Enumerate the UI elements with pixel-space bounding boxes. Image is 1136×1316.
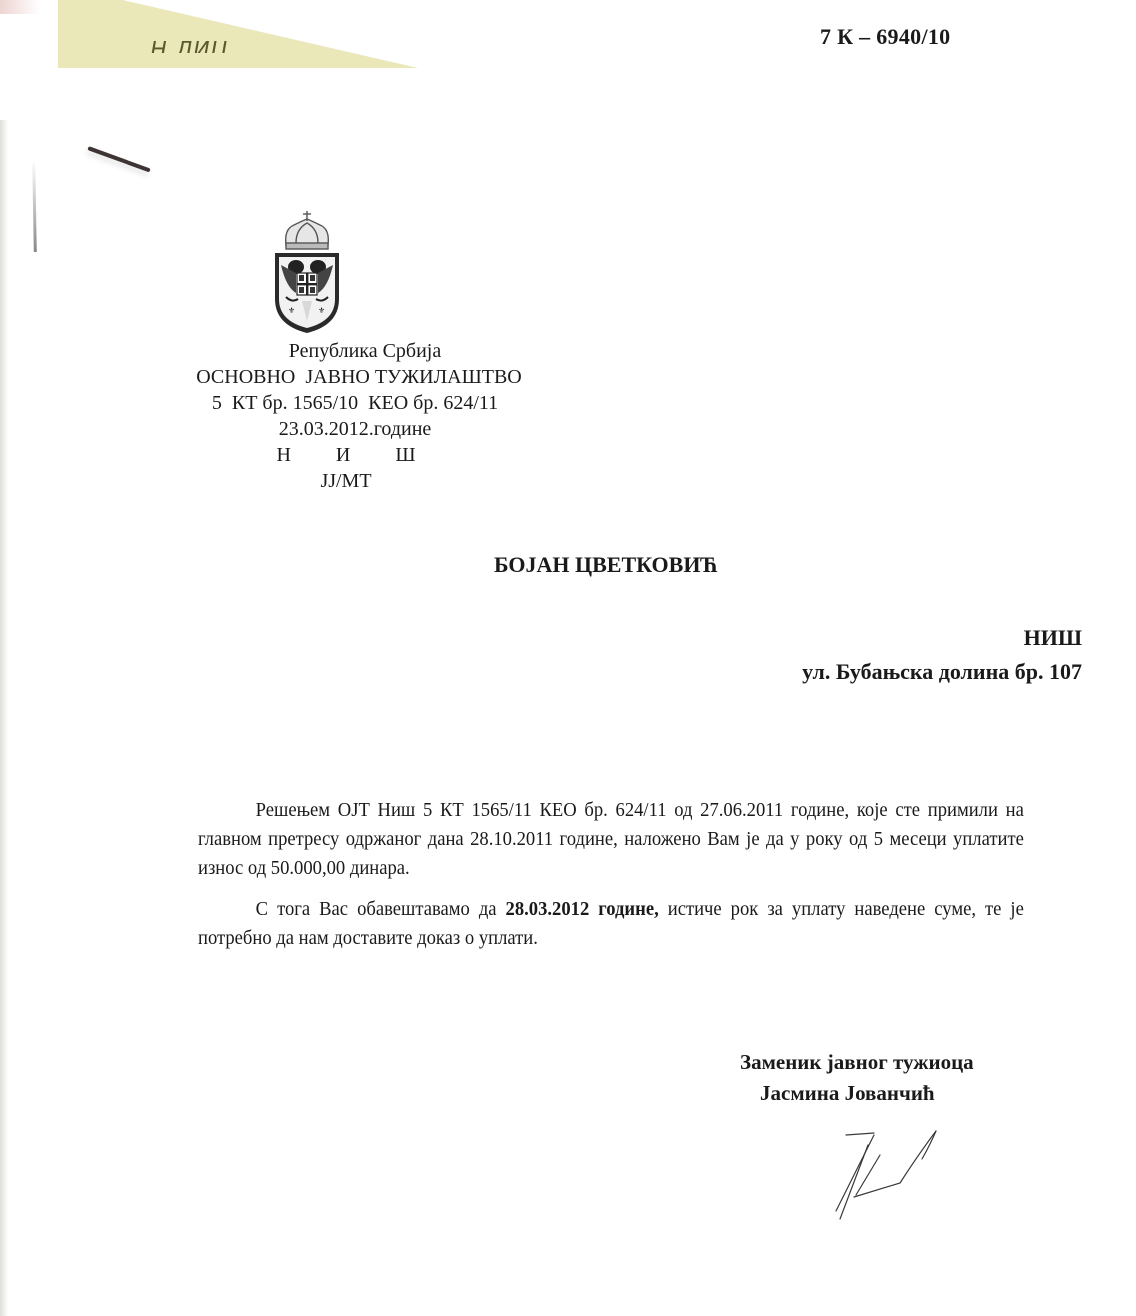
recipient-address: ул. Бубањска долина бр. 107 — [802, 659, 1082, 685]
deadline-date: 28.03.2012 године, — [506, 898, 659, 920]
paper-fold-mark — [32, 160, 37, 252]
svg-text:⚜: ⚜ — [288, 306, 295, 315]
paragraph-2-prefix: С тога Вас обавештавамо да — [256, 898, 506, 920]
recipient-city: НИШ — [1024, 625, 1082, 651]
sender-initials: JJ/MT — [132, 468, 560, 494]
reference-number: 5 КТ бр. 1565/10 КЕО бр. 624/11 — [150, 390, 560, 416]
page-left-edge-shadow — [0, 120, 8, 1316]
handwritten-signature-icon — [830, 1125, 960, 1225]
body-paragraph-1: Решењем ОЈТ Ниш 5 КТ 1565/11 КЕО бр. 624… — [198, 796, 1024, 883]
svg-text:⚜: ⚜ — [318, 306, 325, 315]
recipient-name: БОЈАН ЦВЕТКОВИЋ — [494, 552, 718, 578]
institution-name: ОСНОВНО ЈАВНО ТУЖИЛАШТВО — [158, 364, 560, 390]
sticky-note — [58, 0, 418, 68]
signatory-name: Јасмина Јованчић — [760, 1081, 935, 1106]
coat-of-arms-icon: ⚜ ⚜ — [272, 207, 342, 335]
body-paragraph-2: С тога Вас обавештавамо да 28.03.2012 го… — [198, 895, 1024, 953]
letter-body: Решењем ОЈТ Ниш 5 КТ 1565/11 КЕО бр. 624… — [198, 796, 1024, 965]
staple-icon — [87, 146, 150, 172]
letter-date: 23.03.2012.године — [150, 416, 560, 442]
case-number: 7 К – 6940/10 — [820, 24, 950, 50]
sender-header: Република Србија ОСНОВНО ЈАВНО ТУЖИЛАШТВ… — [170, 338, 560, 494]
sender-city: Н И Ш — [132, 442, 560, 468]
page-corner-tint — [0, 0, 40, 14]
country-name: Република Србија — [170, 338, 560, 364]
signatory-title: Заменик јавног тужиоца — [740, 1050, 974, 1075]
